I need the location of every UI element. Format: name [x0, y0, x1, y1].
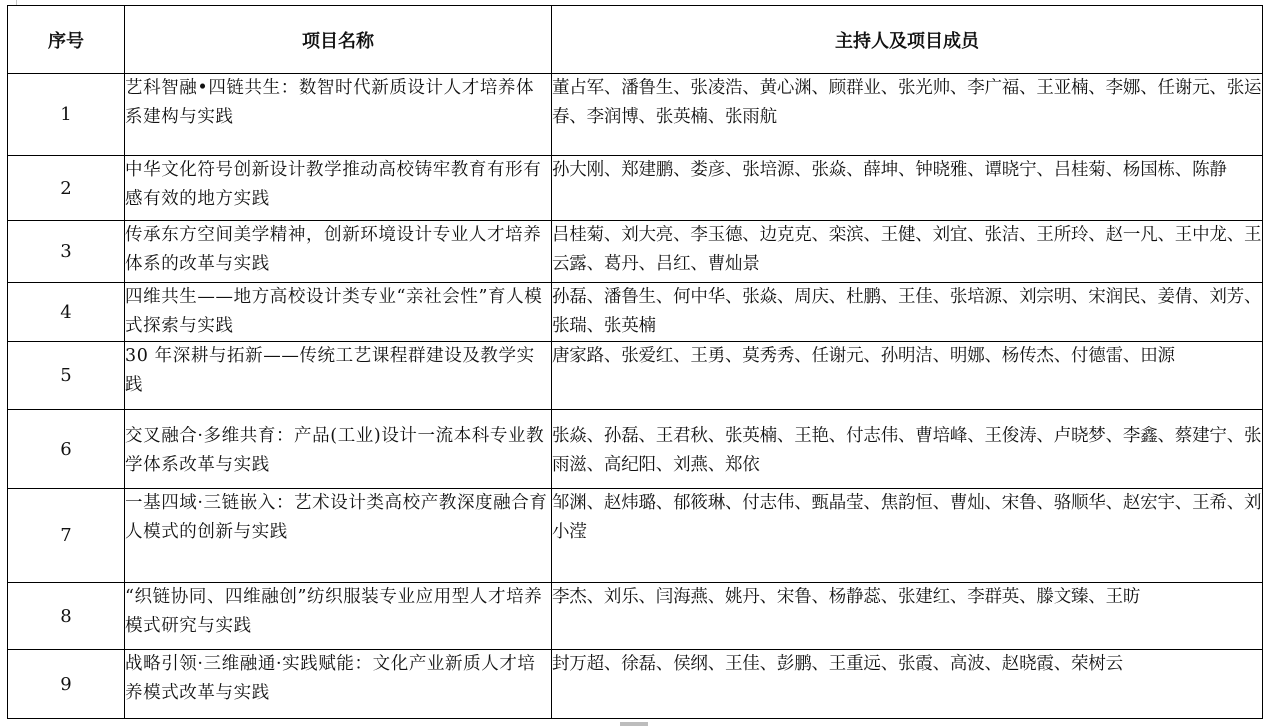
- project-members: 张焱、孙磊、王君秋、张英楠、王艳、付志伟、曹培峰、王俊涛、卢晓梦、李鑫、蔡建宁、…: [552, 410, 1263, 489]
- project-members: 邹渊、赵炜璐、郁筱琳、付志伟、甄晶莹、焦韵恒、曹灿、宋鲁、骆顺华、赵宏宇、王希、…: [552, 489, 1263, 583]
- row-index: 6: [8, 410, 125, 489]
- project-members: 吕桂菊、刘大亮、李玉德、边克克、栾滨、王健、刘宜、张洁、王所玲、赵一凡、王中龙、…: [552, 221, 1263, 283]
- table-row: 6 交叉融合·多维共育：产品(工业)设计一流本科专业教学体系改革与实践 张焱、孙…: [8, 410, 1263, 489]
- project-name: 传承东方空间美学精神，创新环境设计专业人才培养体系的改革与实践: [125, 221, 552, 283]
- row-index: 5: [8, 342, 125, 410]
- table-row: 4 四维共生——地方高校设计类专业“亲社会性”育人模式探索与实践 孙磊、潘鲁生、…: [8, 283, 1263, 342]
- project-name: 艺科智融•四链共生：数智时代新质设计人才培养体系建构与实践: [125, 74, 552, 156]
- header-members: 主持人及项目成员: [552, 6, 1263, 74]
- project-name: 交叉融合·多维共育：产品(工业)设计一流本科专业教学体系改革与实践: [125, 410, 552, 489]
- table-row: 1 艺科智融•四链共生：数智时代新质设计人才培养体系建构与实践 董占军、潘鲁生、…: [8, 74, 1263, 156]
- header-index: 序号: [8, 6, 125, 74]
- header-row: 序号 项目名称 主持人及项目成员: [8, 6, 1263, 74]
- project-members: 孙磊、潘鲁生、何中华、张焱、周庆、杜鹏、王佳、张培源、刘宗明、宋润民、姜倩、刘芳…: [552, 283, 1263, 342]
- table-row: 3 传承东方空间美学精神，创新环境设计专业人才培养体系的改革与实践 吕桂菊、刘大…: [8, 221, 1263, 283]
- project-name: 30 年深耕与拓新——传统工艺课程群建设及教学实践: [125, 342, 552, 410]
- table-row: 8 “织链协同、四维融创”纺织服装专业应用型人才培养模式研究与实践 李杰、刘乐、…: [8, 583, 1263, 650]
- project-members: 李杰、刘乐、闫海燕、姚丹、宋鲁、杨静蕊、张建红、李群英、滕文臻、王昉: [552, 583, 1263, 650]
- project-name: 一基四域·三链嵌入：艺术设计类高校产教深度融合育人模式的创新与实践: [125, 489, 552, 583]
- header-project-name: 项目名称: [125, 6, 552, 74]
- row-index: 7: [8, 489, 125, 583]
- row-index: 8: [8, 583, 125, 650]
- page-break-mark: [620, 722, 648, 726]
- row-index: 3: [8, 221, 125, 283]
- row-index: 1: [8, 74, 125, 156]
- project-name: 中华文化符号创新设计教学推动高校铸牢教育有形有感有效的地方实践: [125, 156, 552, 221]
- project-members: 孙大刚、郑建鹏、娄彦、张培源、张焱、薛坤、钟晓雅、谭晓宁、吕桂菊、杨国栋、陈静: [552, 156, 1263, 221]
- table-row: 7 一基四域·三链嵌入：艺术设计类高校产教深度融合育人模式的创新与实践 邹渊、赵…: [8, 489, 1263, 583]
- row-index: 4: [8, 283, 125, 342]
- project-members: 唐家路、张爱红、王勇、莫秀秀、任谢元、孙明洁、明娜、杨传杰、付德雷、田源: [552, 342, 1263, 410]
- project-name: “织链协同、四维融创”纺织服装专业应用型人才培养模式研究与实践: [125, 583, 552, 650]
- project-name: 四维共生——地方高校设计类专业“亲社会性”育人模式探索与实践: [125, 283, 552, 342]
- project-members: 董占军、潘鲁生、张凌浩、黄心渊、顾群业、张光帅、李广福、王亚楠、李娜、任谢元、张…: [552, 74, 1263, 156]
- projects-table: 序号 项目名称 主持人及项目成员 1 艺科智融•四链共生：数智时代新质设计人才培…: [7, 5, 1263, 719]
- project-name: 战略引领·三维融通·实践赋能：文化产业新质人才培养模式改革与实践: [125, 650, 552, 719]
- row-index: 2: [8, 156, 125, 221]
- row-index: 9: [8, 650, 125, 719]
- table-row: 5 30 年深耕与拓新——传统工艺课程群建设及教学实践 唐家路、张爱红、王勇、莫…: [8, 342, 1263, 410]
- table-row: 9 战略引领·三维融通·实践赋能：文化产业新质人才培养模式改革与实践 封万超、徐…: [8, 650, 1263, 719]
- table-row: 2 中华文化符号创新设计教学推动高校铸牢教育有形有感有效的地方实践 孙大刚、郑建…: [8, 156, 1263, 221]
- project-members: 封万超、徐磊、侯纲、王佳、彭鹏、王重远、张霞、高波、赵晓霞、荣树云: [552, 650, 1263, 719]
